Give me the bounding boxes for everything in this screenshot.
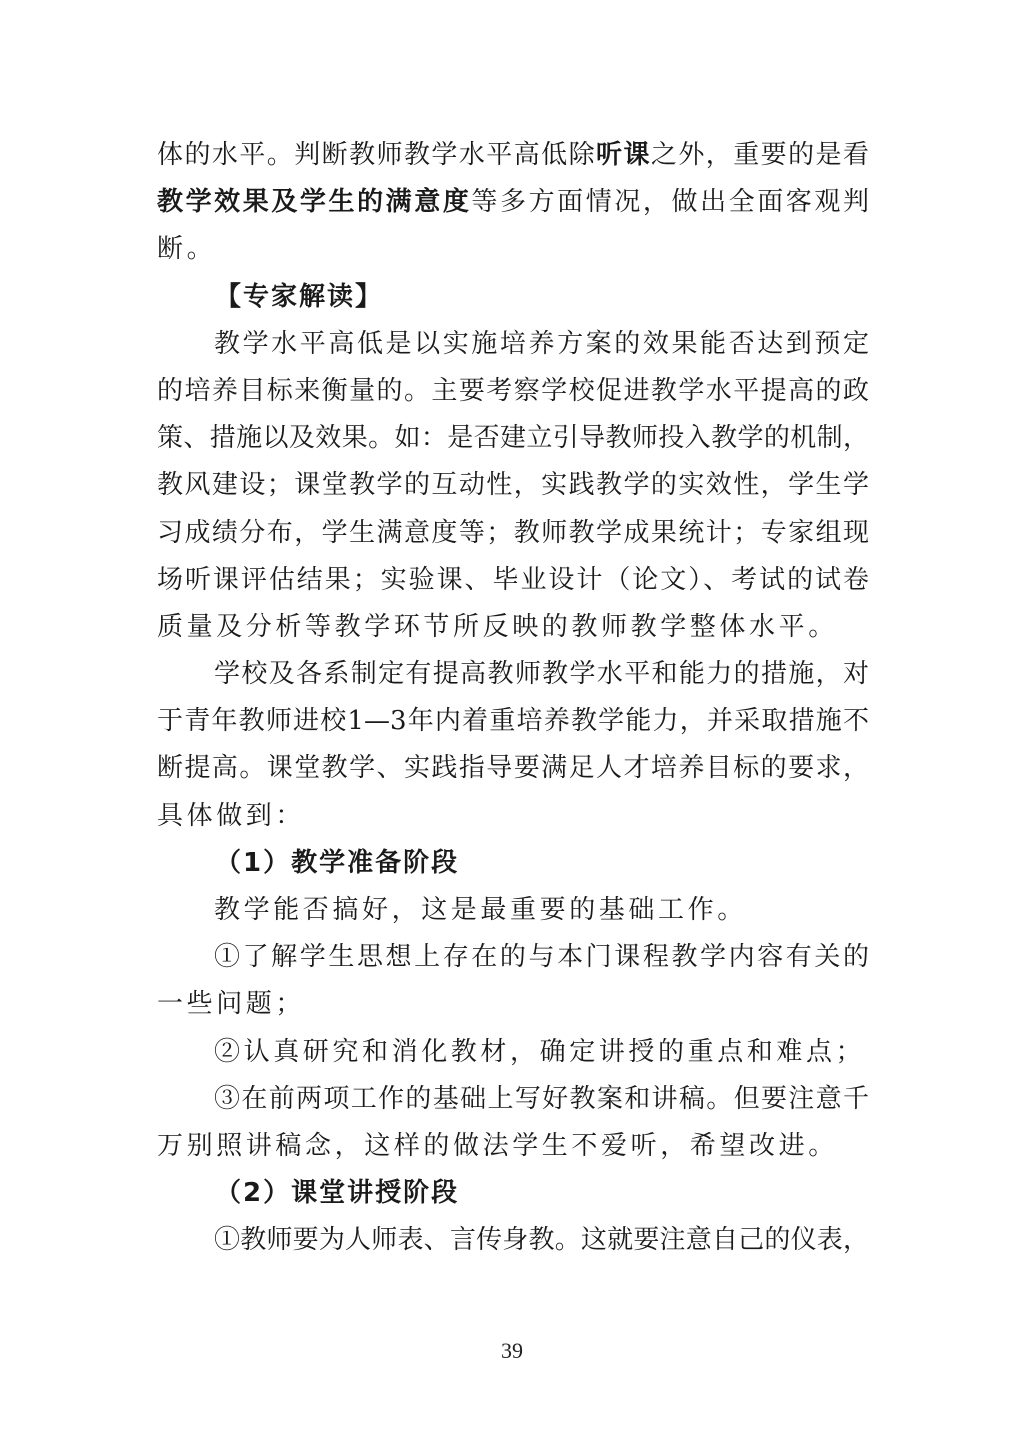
text-line: 的培养目标来衡量的。主要考察学校促进教学水平提高的政 [157,368,869,415]
sub-heading: （2）课堂讲授阶段 [157,1170,869,1217]
text-line: 学校及各系制定有提高教师教学水平和能力的措施，对 [157,651,869,698]
text-segment: 等多方面情况，做出全面客观判 [471,187,869,217]
text-line: 习成绩分布，学生满意度等；教师教学成果统计；专家组现 [157,510,869,557]
text-segment: 体的水平。判断教师教学水平高低除 [157,140,596,170]
text-line: 断提高。课堂教学、实践指导要满足人才培养目标的要求， [157,745,869,792]
text-line: 教风建设；课堂教学的互动性，实践教学的实效性，学生学 [157,462,869,509]
text-line: 断。 [157,226,869,273]
list-item-line: ②认真研究和消化教材，确定讲授的重点和难点； [157,1029,869,1076]
sub-heading: （1）教学准备阶段 [157,840,869,887]
text-line: 场听课评估结果；实验课、毕业设计（论文）、考试的试卷 [157,557,869,604]
text-segment: 之外，重要的是看 [651,140,869,170]
text-line: 教学能否搞好，这是最重要的基础工作。 [157,887,869,934]
text-line: 教学效果及学生的满意度等多方面情况，做出全面客观判 [157,179,869,226]
text-line: 策、措施以及效果。如：是否建立引导教师投入教学的机制， [157,415,869,462]
text-line: 质量及分析等教学环节所反映的教师教学整体水平。 [157,604,869,651]
page-number: 39 [0,1338,1024,1364]
text-line: 于青年教师进校1—3年内着重培养教学能力，并采取措施不 [157,698,869,745]
bold-text-segment: 教学效果及学生的满意度 [157,187,471,217]
list-item-line: ①了解学生思想上存在的与本门课程教学内容有关的 [157,934,869,981]
document-page: 体的水平。判断教师教学水平高低除听课之外，重要的是看 教学效果及学生的满意度等多… [157,132,869,1265]
list-item-line: ①教师要为人师表、言传身教。这就要注意自己的仪表， [157,1217,869,1264]
bold-text-segment: 听课 [596,140,651,170]
section-heading: 【专家解读】 [157,274,869,321]
text-line: 体的水平。判断教师教学水平高低除听课之外，重要的是看 [157,132,869,179]
text-line: 具体做到： [157,793,869,840]
list-item-line: 一些问题； [157,981,869,1028]
text-segment: 断。 [157,234,216,264]
list-item-line: 万别照讲稿念，这样的做法学生不爱听，希望改进。 [157,1123,869,1170]
text-line: 教学水平高低是以实施培养方案的效果能否达到预定 [157,321,869,368]
list-item-line: ③在前两项工作的基础上写好教案和讲稿。但要注意千 [157,1076,869,1123]
